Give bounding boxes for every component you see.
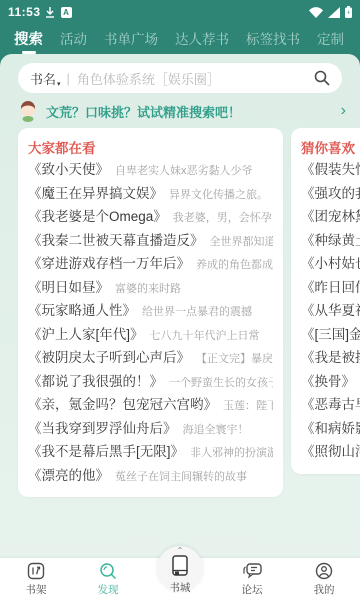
card-title: 大家都在看: [28, 137, 96, 157]
a-badge-icon: A: [61, 7, 72, 18]
book-title: 《被阴戾太子听到心声后》: [28, 346, 190, 370]
book-desc: 我老婆，男，会怀孕！: [173, 207, 273, 229]
book-title: 《假装失忆后: [301, 158, 360, 182]
book-title: 《我不是幕后黑手[无限]》: [28, 440, 184, 464]
nav-profile[interactable]: 我的: [288, 558, 360, 600]
top-tab[interactable]: 达人荐书: [175, 25, 229, 55]
book-list-item[interactable]: 《换骨》 极: [301, 370, 360, 394]
discover-search-icon: [98, 561, 118, 581]
book-list-item[interactable]: 《当我穿到罗浮仙舟后》 海追全寰宇！: [28, 417, 273, 441]
book-list-item[interactable]: 《明日如昼》 富婆的来时路: [28, 276, 273, 300]
book-list-item[interactable]: 《我不是幕后黑手[无限]》 非人邪神的扮演游戏: [28, 440, 273, 464]
banner-text: 文荒？口味挑？试试精准搜索吧！: [46, 102, 241, 121]
book-cards: 大家都在看 《致小天使》 自卑老实人妹x恶劣黏人少爷 《魔王在异界搞文娱》 异界…: [18, 128, 360, 497]
search-icon[interactable]: [314, 70, 330, 86]
book-list-item[interactable]: 《强攻的我不: [301, 182, 360, 206]
battery-icon: [345, 6, 352, 18]
book-title: 《我是被拯救: [301, 346, 360, 370]
book-title: 《都说了我很强的！》: [28, 370, 163, 394]
book-title: 《[三国]金手: [301, 323, 360, 347]
book-title: 《玩家略通人性》: [28, 299, 136, 323]
book-desc: 富婆的来时路: [115, 278, 181, 300]
top-tab[interactable]: 活动: [60, 25, 87, 55]
book-desc: 全世界都知道我要造反: [210, 231, 274, 253]
top-tab[interactable]: 标签找书: [246, 25, 300, 55]
nav-label: 我的: [314, 582, 335, 597]
search-bar[interactable]: 书名 ▾ | 角色体验系统［娱乐圈］: [18, 63, 342, 93]
download-icon: [45, 7, 55, 18]
guess-you-like-list: 《假装失忆后 《强攻的我不 《团宠林黛玉: [301, 158, 360, 464]
book-list-item[interactable]: 《团宠林黛玉: [301, 205, 360, 229]
book-title: 《和病娇影后: [301, 417, 360, 441]
search-category-selector[interactable]: 书名: [30, 69, 56, 88]
book-list-item[interactable]: 《假装失忆后: [301, 158, 360, 182]
book-title: 《换骨》: [301, 370, 355, 394]
book-desc: 养成的角色都成了大佬: [196, 254, 273, 276]
book-list-item[interactable]: 《玩家略通人性》 给世界一点暴君的震撼: [28, 299, 273, 323]
app-screen: 11:53 A 搜索活动书单广场达人荐书标签找书定制 书名 ▾: [0, 0, 360, 600]
book-list-item[interactable]: 《[三国]金手: [301, 323, 360, 347]
book-list-item[interactable]: 《我老婆是个Omega》 我老婆，男，会怀孕！: [28, 205, 273, 229]
top-tab[interactable]: 书单广场: [104, 25, 158, 55]
book-title: 《魔王在异界搞文娱》: [28, 182, 163, 206]
book-title: 《照彻山河》: [301, 440, 360, 464]
book-title: 《我老婆是个Omega》: [28, 205, 167, 229]
book-title: 《昨日回信》: [301, 276, 360, 300]
nav-forum[interactable]: 论坛: [216, 558, 288, 600]
book-desc: 玉莲：陛下，该: [223, 395, 273, 417]
book-title: 《穿进游戏存档一万年后》: [28, 252, 190, 276]
book-title: 《沪上人家[年代]》: [28, 323, 144, 347]
book-list-item[interactable]: 《小村姑也能: [301, 252, 360, 276]
chevron-right-icon: ›: [341, 103, 346, 119]
top-tab[interactable]: 搜索: [14, 25, 43, 55]
nav-label: 论坛: [242, 582, 263, 597]
book-title: 《小村姑也能: [301, 252, 360, 276]
forum-chat-icon: [242, 561, 263, 581]
book-title: 《从华夏神话: [301, 299, 360, 323]
nav-discover[interactable]: 发现: [72, 558, 144, 600]
everyone-reading-list: 《致小天使》 自卑老实人妹x恶劣黏人少爷 《魔王在异界搞文娱》 异界文化传播之旅…: [28, 158, 273, 487]
book-desc: 自卑老实人妹x恶劣黏人少爷: [115, 160, 253, 182]
signal-icon: [328, 7, 340, 18]
book-desc: 非人邪神的扮演游戏: [190, 442, 273, 464]
content-area: 书名 ▾ | 角色体验系统［娱乐圈］ 文荒？口味挑？试试精准搜索吧！ ›: [0, 54, 360, 600]
search-divider: |: [67, 71, 70, 86]
book-title: 《致小天使》: [28, 158, 109, 182]
nav-bookshelf[interactable]: 书架: [0, 558, 72, 600]
book-title: 《团宠林黛玉: [301, 205, 360, 229]
status-bar: 11:53 A: [0, 0, 360, 24]
book-list-item[interactable]: 《穿进游戏存档一万年后》 养成的角色都成了大佬: [28, 252, 273, 276]
search-input[interactable]: 角色体验系统［娱乐圈］: [77, 69, 314, 88]
book-title: 《恶毒古早受: [301, 393, 360, 417]
book-title: 《种绿黄土地: [301, 229, 360, 253]
book-title: 《当我穿到罗浮仙舟后》: [28, 417, 177, 441]
book-desc: 菟丝子在饲主间辗转的故事: [115, 466, 247, 488]
book-list-item[interactable]: 《魔王在异界搞文娱》 异界文化传播之旅。: [28, 182, 273, 206]
book-title: 《我秦二世被天幕直播造反》: [28, 229, 204, 253]
nav-label: 书架: [26, 582, 47, 597]
everyone-reading-header: 大家都在看: [28, 136, 273, 158]
book-desc: 一个野蛮生长的女孩子: [169, 372, 273, 394]
book-title: 《明日如昼》: [28, 276, 109, 300]
book-list-item[interactable]: 《亲，氪金吗？包宠冠六宫哟》 玉莲：陛下，该: [28, 393, 273, 417]
book-list-item[interactable]: 《从华夏神话: [301, 299, 360, 323]
book-list-item[interactable]: 《种绿黄土地: [301, 229, 360, 253]
book-desc: 给世界一点暴君的震撼: [142, 301, 252, 323]
book-title: 《强攻的我不: [301, 182, 360, 206]
book-list-item[interactable]: 《恶毒古早受: [301, 393, 360, 417]
book-list-item[interactable]: 《沪上人家[年代]》 七八九十年代沪上日常: [28, 323, 273, 347]
bookshelf-icon: [26, 561, 46, 581]
book-list-item[interactable]: 《被阴戾太子听到心声后》 【正文完】暴戾恣睢&: [28, 346, 273, 370]
top-tab[interactable]: 定制: [317, 25, 344, 55]
mascot-avatar: [18, 100, 38, 122]
book-list-item[interactable]: 《照彻山河》: [301, 440, 360, 464]
precise-search-banner[interactable]: 文荒？口味挑？试试精准搜索吧！ ›: [18, 99, 346, 123]
top-tab-bar: 搜索活动书单广场达人荐书标签找书定制: [0, 24, 360, 56]
bookstore-icon: [170, 554, 190, 578]
book-list-item[interactable]: 《我是被拯救: [301, 346, 360, 370]
chevron-down-icon: ▾: [57, 80, 61, 93]
guess-you-like-header: 猜你喜欢 ↻: [301, 136, 360, 158]
book-list-item[interactable]: 《致小天使》 自卑老实人妹x恶劣黏人少爷: [28, 158, 273, 182]
book-list-item[interactable]: 《漂亮的他》 菟丝子在饲主间辗转的故事: [28, 464, 273, 488]
profile-icon: [314, 561, 334, 581]
book-desc: 异界文化传播之旅。: [169, 184, 268, 206]
nav-label: 发现: [98, 582, 119, 597]
guess-you-like-card: 猜你喜欢 ↻ 《假装失忆后 《强攻的我不: [291, 128, 360, 474]
everyone-reading-card: 大家都在看 《致小天使》 自卑老实人妹x恶劣黏人少爷 《魔王在异界搞文娱》 异界…: [18, 128, 283, 497]
card-title: 猜你喜欢: [301, 137, 355, 157]
book-title: 《亲，氪金吗？包宠冠六宫哟》: [28, 393, 217, 417]
book-list-item[interactable]: 《都说了我很强的！》 一个野蛮生长的女孩子: [28, 370, 273, 394]
book-desc: 【正文完】暴戾恣睢&: [196, 348, 273, 370]
book-desc: 七八九十年代沪上日常: [150, 325, 260, 347]
book-list-item[interactable]: 《和病娇影后: [301, 417, 360, 441]
book-list-item[interactable]: 《我秦二世被天幕直播造反》 全世界都知道我要造反: [28, 229, 273, 253]
book-list-item[interactable]: 《昨日回信》: [301, 276, 360, 300]
nav-bookstore-label: 书城: [170, 580, 191, 595]
book-title: 《漂亮的他》: [28, 464, 109, 488]
clock: 11:53: [8, 5, 41, 19]
book-desc: 海追全寰宇！: [183, 419, 249, 441]
wifi-icon: [309, 7, 323, 18]
